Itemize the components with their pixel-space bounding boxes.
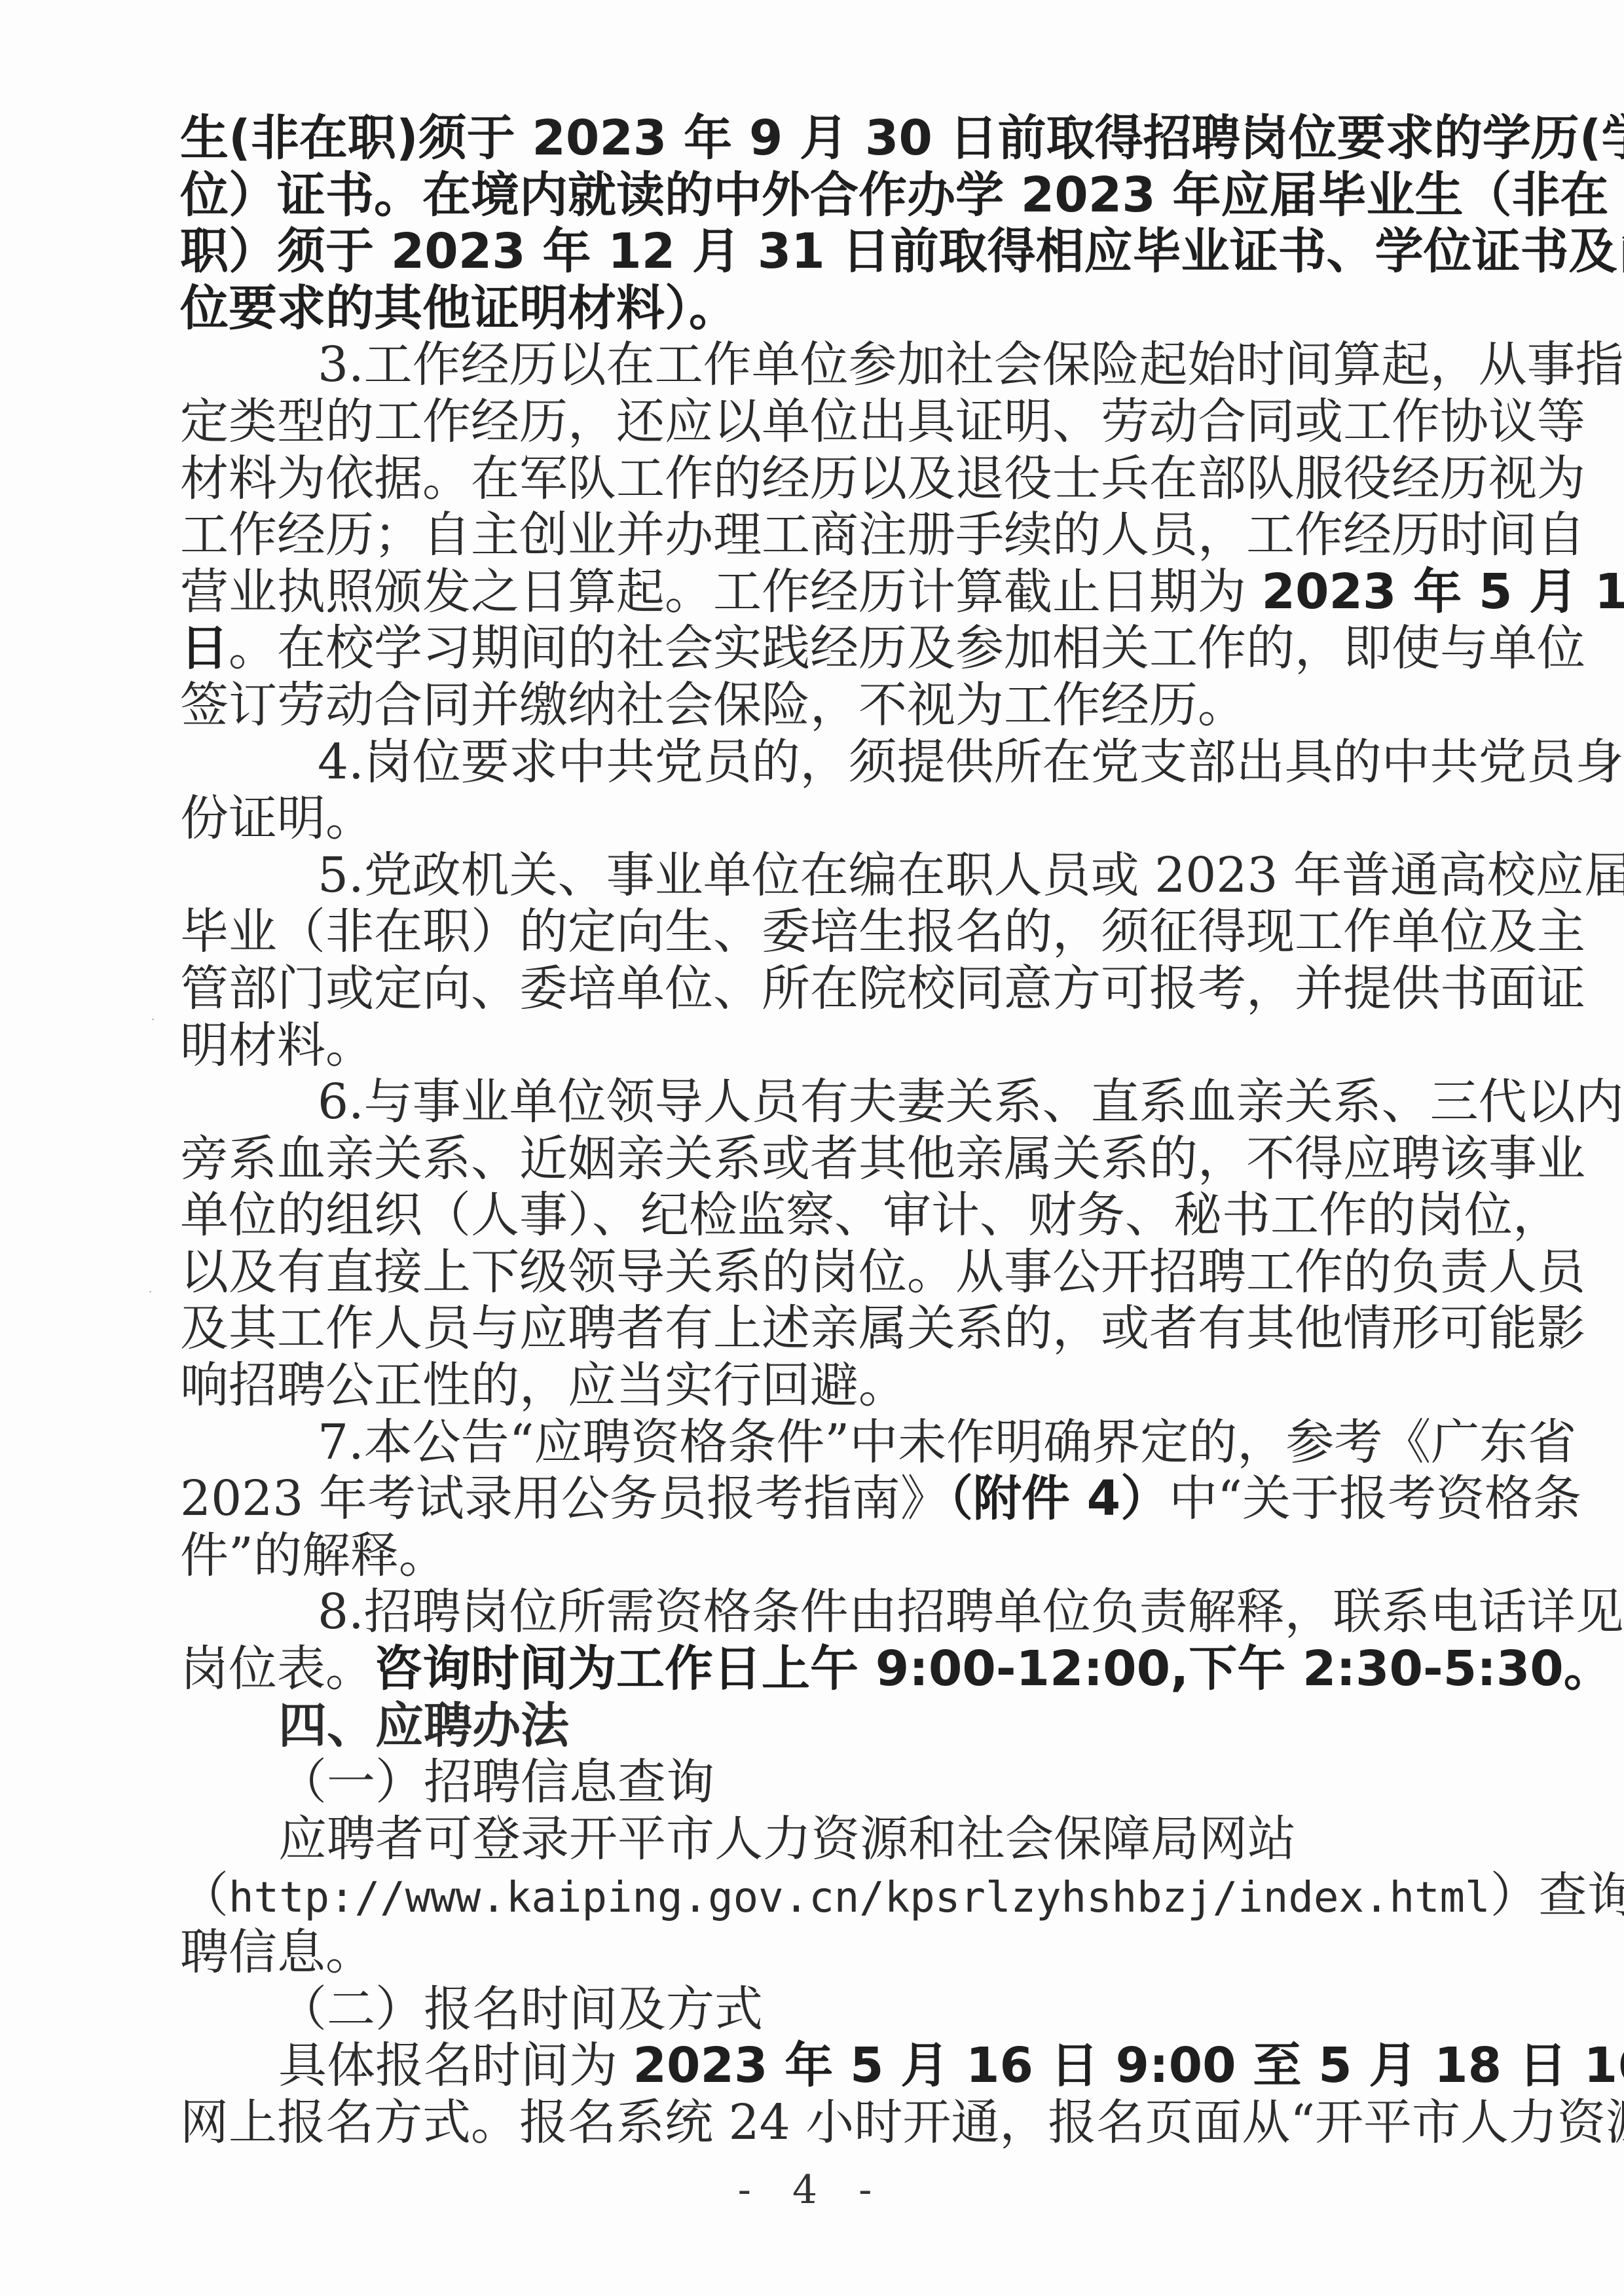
text-line: 位要求的其他证明材料）。 bbox=[180, 280, 1424, 337]
text-line: 职）须于 2023 年 12 月 31 日前取得相应毕业证书、学位证书及岗 bbox=[180, 223, 1424, 280]
page-number: - 4 - bbox=[0, 2167, 1624, 2213]
text-line: 岗位表。咨询时间为工作日上午 9:00-12:00,下午 2:30-5:30。 bbox=[180, 1641, 1424, 1698]
text-line: 以及有直接上下级领导关系的岗位。从事公开招聘工作的负责人员 bbox=[180, 1244, 1424, 1301]
body-text-span: 6.与事业单位领导人员有夫妻关系、直系血亲关系、三代以内 bbox=[318, 1074, 1624, 1130]
text-line: 生(非在职)须于 2023 年 9 月 30 日前取得招聘岗位要求的学历(学 bbox=[180, 110, 1424, 167]
emphasis-text: 咨询时间为工作日上午 9:00-12:00,下午 2:30-5:30。 bbox=[374, 1641, 1612, 1697]
text-line: 营业执照颁发之日算起。工作经历计算截止日期为 2023 年 5 月 16 bbox=[180, 564, 1424, 621]
body-text-span: 旁系血亲关系、近姻亲关系或者其他亲属关系的，不得应聘该事业 bbox=[180, 1131, 1585, 1187]
body-text-span: 4.岗位要求中共党员的，须提供所在党支部出具的中共党员身 bbox=[318, 734, 1624, 790]
document-page: 生(非在职)须于 2023 年 9 月 30 日前取得招聘岗位要求的学历(学位）… bbox=[0, 0, 1624, 2296]
body-text-span: 件”的解释。 bbox=[180, 1527, 447, 1584]
body-text-span: 3.工作经历以在工作单位参加社会保险起始时间算起，从事指 bbox=[318, 337, 1624, 393]
body-text-span: 8.招聘岗位所需资格条件由招聘单位负责解释，联系电话详见 bbox=[318, 1584, 1624, 1640]
scan-speck bbox=[149, 1291, 151, 1292]
emphasis-text: 位）证书。在境内就读的中外合作办学 2023 年应届毕业生（非在 bbox=[180, 167, 1608, 223]
text-line: 定类型的工作经历，还应以单位出具证明、劳动合同或工作协议等 bbox=[180, 393, 1424, 450]
body-text-span: （二）报名时间及方式 bbox=[278, 1981, 763, 2037]
emphasis-text: 位要求的其他证明材料）。 bbox=[180, 280, 737, 337]
body-text-span: 签订劳动合同并缴纳社会保险，不视为工作经历。 bbox=[180, 677, 1246, 733]
body-text-span: 定类型的工作经历，还应以单位出具证明、劳动合同或工作协议等 bbox=[180, 393, 1585, 450]
text-line: 毕业（非在职）的定向生、委培生报名的，须征得现工作单位及主 bbox=[180, 903, 1424, 960]
body-text-span: 四、应聘办法 bbox=[278, 1698, 569, 1754]
body-text-span: （一）招聘信息查询 bbox=[278, 1754, 714, 1810]
body-text-span: 具体报名时间为 bbox=[278, 2037, 633, 2094]
body-text-span: 5.党政机关、事业单位在编在职人员或 2023 年普通高校应届 bbox=[318, 847, 1624, 903]
body-text-span: 材料为依据。在军队工作的经历以及退役士兵在部队服役经历视为 bbox=[180, 450, 1585, 507]
body-text-span: 毕业（非在职）的定向生、委培生报名的，须征得现工作单位及主 bbox=[180, 903, 1585, 960]
emphasis-text: （附件 4） bbox=[949, 1470, 1169, 1527]
text-line: 7.本公告“应聘资格条件”中未作明确界定的，参考《广东省 bbox=[180, 1414, 1424, 1471]
text-line: 5.党政机关、事业单位在编在职人员或 2023 年普通高校应届 bbox=[180, 847, 1424, 904]
text-line: 8.招聘岗位所需资格条件由招聘单位负责解释，联系电话详见 bbox=[180, 1584, 1424, 1641]
body-text-span: 明材料。 bbox=[180, 1017, 374, 1074]
body-text-span: 中“关于报考资格条 bbox=[1169, 1470, 1581, 1527]
body-text-span: ）查询相关招 bbox=[1490, 1867, 1624, 1923]
body-text-span: 聘信息。 bbox=[180, 1924, 374, 1980]
emphasis-text: 2023 年 5 月 16 bbox=[1262, 564, 1624, 620]
text-line: 网上报名方式。报名系统 24 小时开通，报名页面从“开平市人力资源 bbox=[180, 2094, 1424, 2151]
text-line: 旁系血亲关系、近姻亲关系或者其他亲属关系的，不得应聘该事业 bbox=[180, 1131, 1424, 1188]
text-line: （一）招聘信息查询 bbox=[180, 1754, 1424, 1811]
emphasis-text: 2023 年 5 月 16 日 9:00 至 5 月 18 日 16:00 bbox=[633, 2037, 1624, 2094]
text-line: 份证明。 bbox=[180, 790, 1424, 847]
text-line: 3.工作经历以在工作单位参加社会保险起始时间算起，从事指 bbox=[180, 337, 1424, 393]
body-text-span: 管部门或定向、委培单位、所在院校同意方可报考，并提供书面证 bbox=[180, 960, 1585, 1017]
body-text-span: 单位的组织（人事）、纪检监察、审计、财务、秘书工作的岗位， bbox=[180, 1187, 1561, 1243]
body-text-span: 应聘者可登录开平市人力资源和社会保障局网站 bbox=[278, 1811, 1296, 1867]
text-line: 响招聘公正性的，应当实行回避。 bbox=[180, 1357, 1424, 1414]
text-line: 及其工作人员与应聘者有上述亲属关系的，或者有其他情形可能影 bbox=[180, 1300, 1424, 1357]
body-text-span: 响招聘公正性的，应当实行回避。 bbox=[180, 1357, 907, 1413]
text-line: 应聘者可登录开平市人力资源和社会保障局网站 bbox=[180, 1811, 1424, 1868]
emphasis-text: 职）须于 2023 年 12 月 31 日前取得相应毕业证书、学位证书及岗 bbox=[180, 223, 1624, 280]
body-text-span: 2023 年考试录用公务员报考指南》 bbox=[180, 1470, 949, 1527]
text-line: 位）证书。在境内就读的中外合作办学 2023 年应届毕业生（非在 bbox=[180, 167, 1424, 224]
body-text-span: 网上报名方式。报名系统 24 小时开通，报名页面从“开平市人力资源 bbox=[180, 2094, 1624, 2151]
text-line: 签订劳动合同并缴纳社会保险，不视为工作经历。 bbox=[180, 677, 1424, 734]
text-line: 4.岗位要求中共党员的，须提供所在党支部出具的中共党员身 bbox=[180, 734, 1424, 791]
text-line: 2023 年考试录用公务员报考指南》（附件 4）中“关于报考资格条 bbox=[180, 1470, 1424, 1527]
url-text: http://www.kaiping.gov.cn/kpsrlzyhshbzj/… bbox=[229, 1874, 1490, 1922]
body-text-span: 营业执照颁发之日算起。工作经历计算截止日期为 bbox=[180, 564, 1262, 620]
body-text-span: 7.本公告“应聘资格条件”中未作明确界定的，参考《广东省 bbox=[318, 1414, 1576, 1470]
body-text-span: 及其工作人员与应聘者有上述亲属关系的，或者有其他情形可能影 bbox=[180, 1300, 1585, 1357]
body-text-span: 。在校学习期间的社会实践经历及参加相关工作的，即使与单位 bbox=[229, 620, 1585, 676]
body-text-span: 份证明。 bbox=[180, 790, 374, 847]
text-line: 工作经历；自主创业并办理工商注册手续的人员，工作经历时间自 bbox=[180, 507, 1424, 564]
text-line: 四、应聘办法 bbox=[180, 1698, 1424, 1755]
text-line: 6.与事业单位领导人员有夫妻关系、直系血亲关系、三代以内 bbox=[180, 1074, 1424, 1131]
text-line: 件”的解释。 bbox=[180, 1527, 1424, 1584]
text-line: 材料为依据。在军队工作的经历以及退役士兵在部队服役经历视为 bbox=[180, 450, 1424, 507]
document-body: 生(非在职)须于 2023 年 9 月 30 日前取得招聘岗位要求的学历(学位）… bbox=[180, 110, 1424, 2151]
text-line: 单位的组织（人事）、纪检监察、审计、财务、秘书工作的岗位， bbox=[180, 1187, 1424, 1244]
text-line: （http://www.kaiping.gov.cn/kpsrlzyhshbzj… bbox=[180, 1867, 1424, 1924]
text-line: （二）报名时间及方式 bbox=[180, 1981, 1424, 2038]
emphasis-text: 日 bbox=[180, 620, 229, 676]
text-line: 聘信息。 bbox=[180, 1924, 1424, 1981]
body-text-span: 工作经历；自主创业并办理工商注册手续的人员，工作经历时间自 bbox=[180, 507, 1585, 563]
text-line: 日。在校学习期间的社会实践经历及参加相关工作的，即使与单位 bbox=[180, 620, 1424, 677]
text-line: 管部门或定向、委培单位、所在院校同意方可报考，并提供书面证 bbox=[180, 960, 1424, 1017]
body-text-span: （ bbox=[180, 1867, 229, 1923]
scan-speck bbox=[152, 1019, 154, 1020]
emphasis-text: 生(非在职)须于 2023 年 9 月 30 日前取得招聘岗位要求的学历(学 bbox=[180, 110, 1624, 166]
text-line: 具体报名时间为 2023 年 5 月 16 日 9:00 至 5 月 18 日 … bbox=[180, 2037, 1424, 2094]
body-text-span: 以及有直接上下级领导关系的岗位。从事公开招聘工作的负责人员 bbox=[180, 1244, 1585, 1300]
body-text-span: 岗位表。 bbox=[180, 1641, 374, 1697]
text-line: 明材料。 bbox=[180, 1017, 1424, 1074]
